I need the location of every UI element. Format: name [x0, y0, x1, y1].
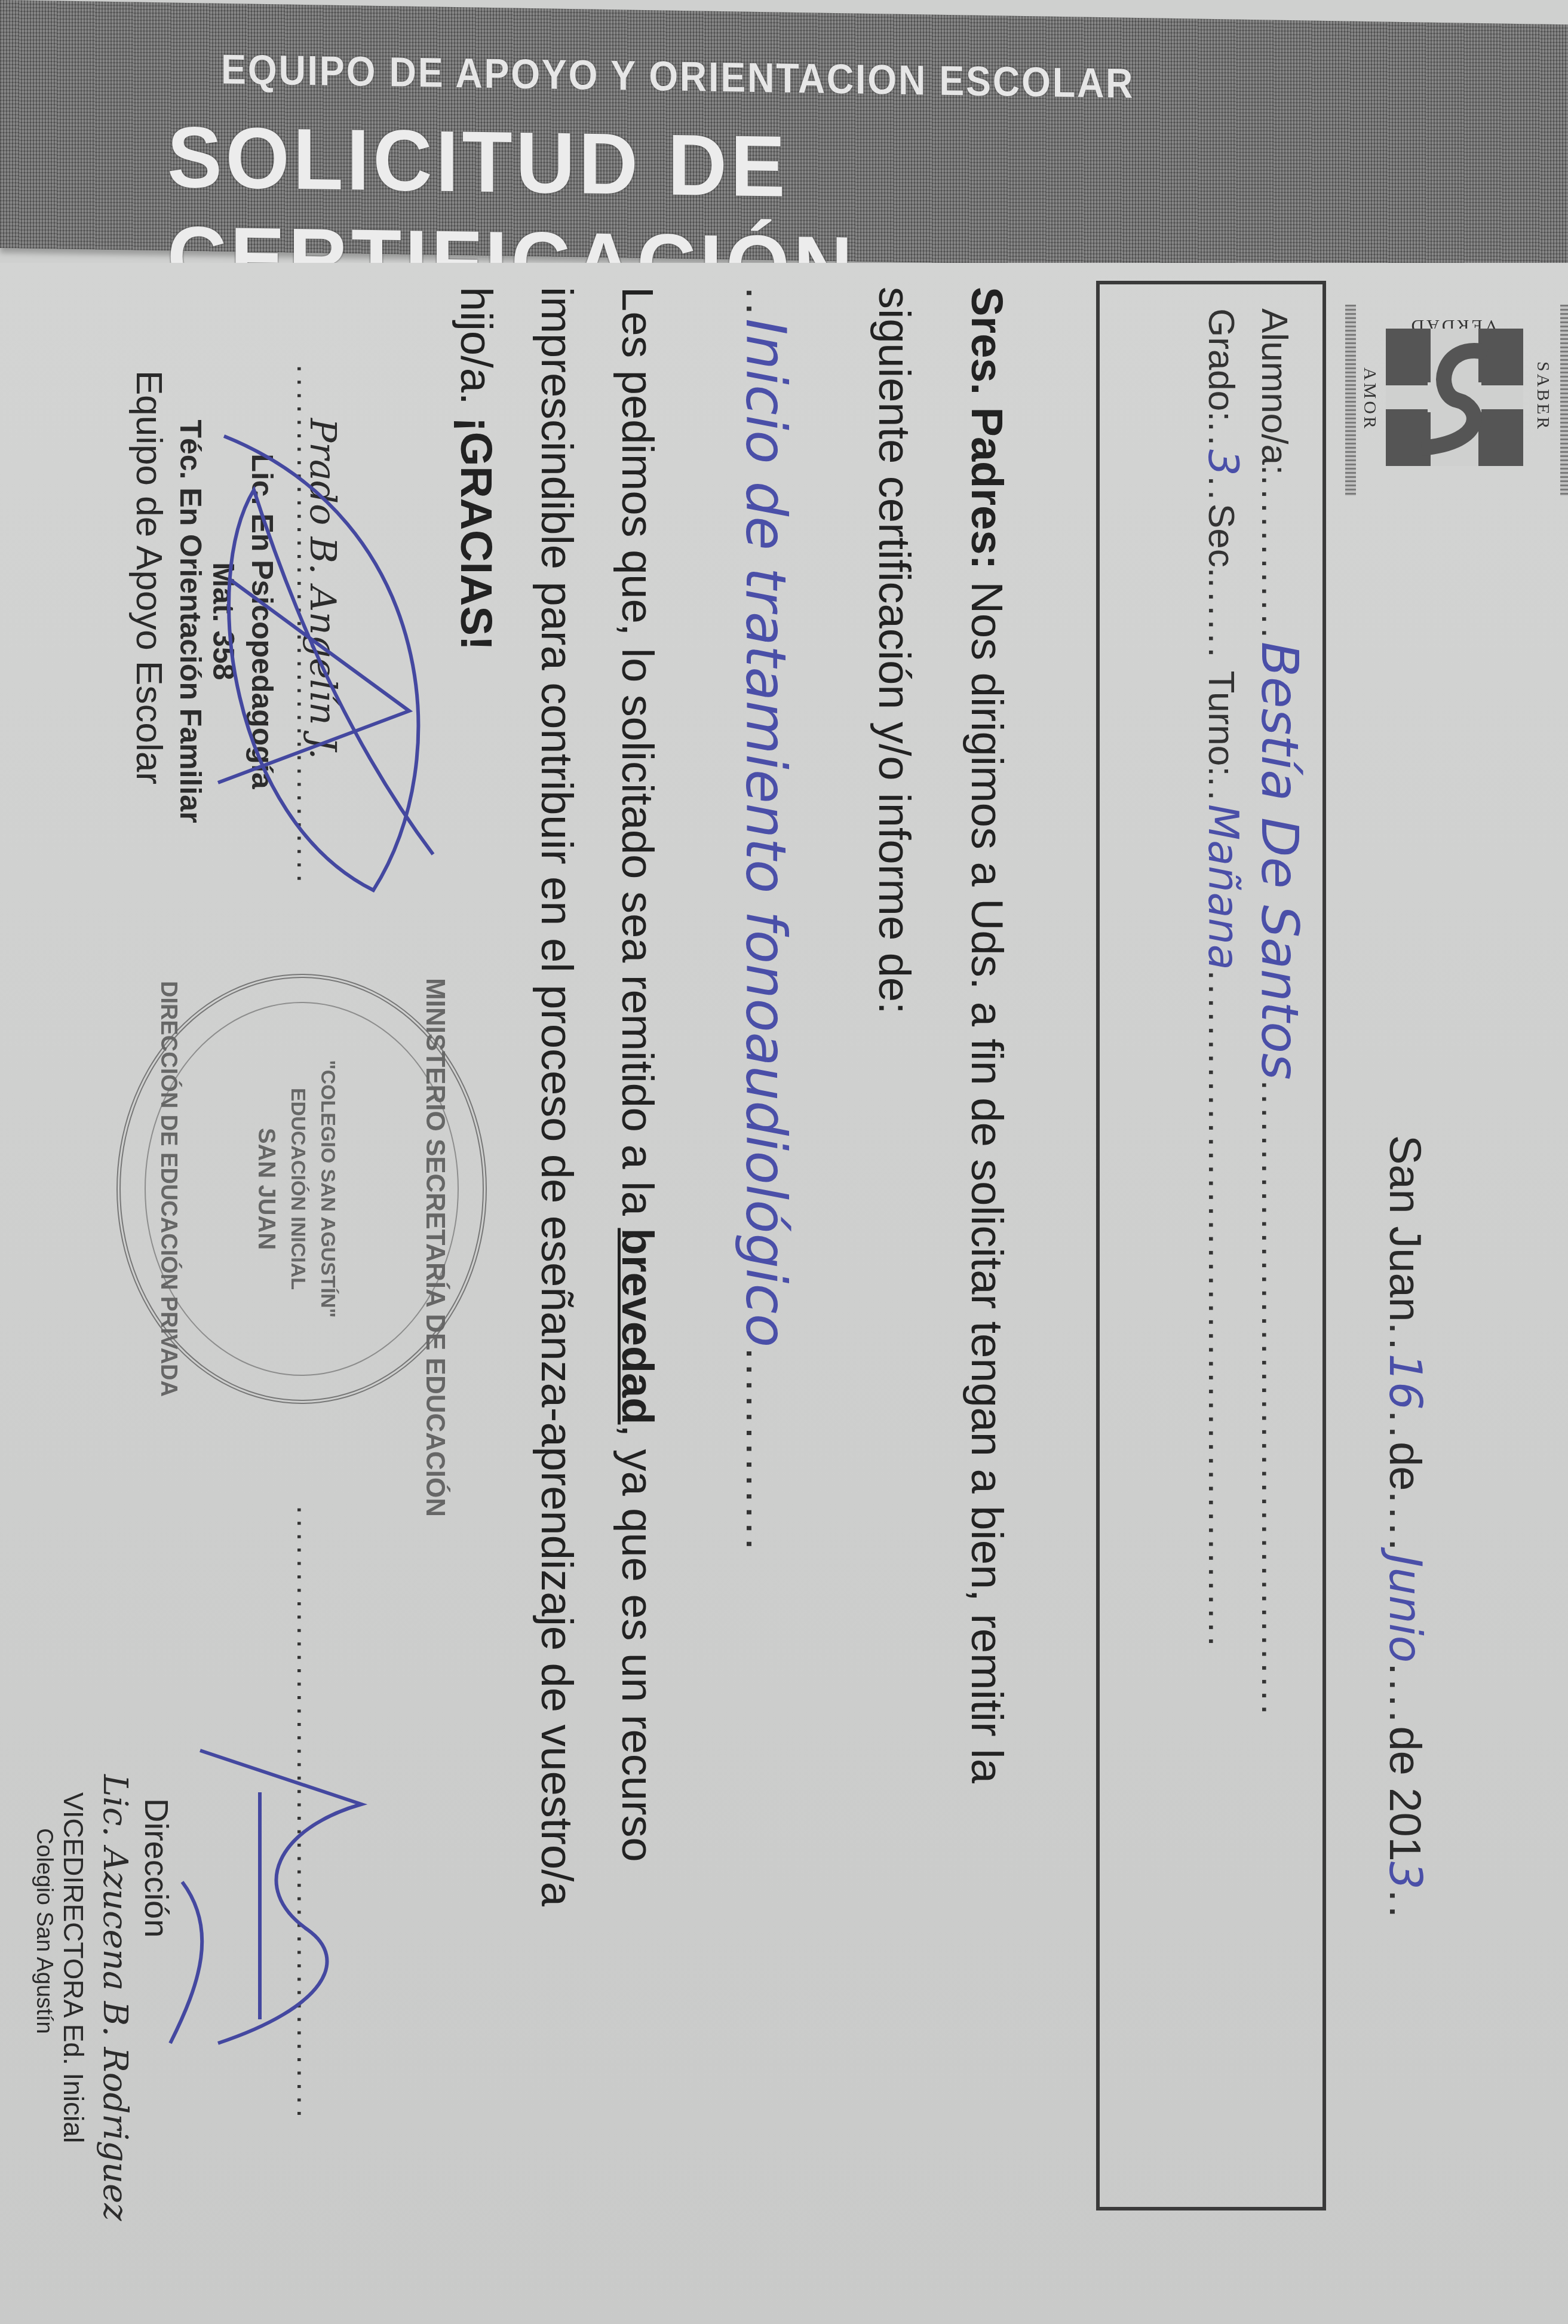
body-line-5: hijo/a. ¡GRACIAS! — [451, 287, 502, 651]
date-line: San Juan..16..de....Junio....de 2013.. — [1379, 1135, 1431, 1921]
body-line-2: siguiente certificación y/o informe de: — [869, 287, 920, 1014]
signature-dots: ........................................… — [290, 1506, 326, 2123]
grade-label: Grado: — [1201, 308, 1242, 422]
greeting: Sres. Padres: — [962, 287, 1012, 569]
dot-leader: .... — [1380, 1663, 1430, 1726]
dot-leader: .. — [1380, 1322, 1430, 1354]
body-line-4: imprescindible para contribuir en el pro… — [532, 287, 582, 1906]
dot-leader: .. — [1201, 422, 1242, 449]
signature-right-title: VICEDIRECTORA Ed. Inicial — [57, 1792, 90, 2143]
official-seal: MINISTERIO SECRETARÍA DE EDUCACIÓN "COLE… — [116, 974, 487, 1404]
dot-leader: ........................................… — [1201, 970, 1242, 1650]
place-label: San Juan — [1380, 1135, 1430, 1322]
section-label: Sec. — [1201, 504, 1242, 578]
body-text: Les pedimos que, lo solicitado sea remit… — [613, 287, 662, 1228]
dot-leader: .. — [1380, 1410, 1430, 1442]
requested-item-row: ..Inicio de tratamiento fonoaudiológico.… — [734, 287, 797, 1554]
signature-scribble-icon — [158, 1733, 397, 2067]
date-day[interactable]: 16 — [1379, 1354, 1431, 1410]
de-label: de — [1380, 1442, 1430, 1491]
grade-field[interactable]: 3 — [1199, 449, 1248, 476]
student-row: Alumno/a:............Bestía De Santos...… — [1250, 308, 1309, 1718]
seal-center-2: EDUCACIÓN INICIAL — [286, 978, 309, 1400]
signature-left-role: Equipo de Apoyo Escolar — [128, 370, 170, 784]
dot-leader: .... — [1380, 1491, 1430, 1554]
stamp-title-1: Lic. En Psicopedagogía — [244, 364, 281, 878]
logo-rule-bottom — [1345, 305, 1356, 496]
year-handwritten[interactable]: 3 — [1379, 1862, 1431, 1890]
de-label: de — [1380, 1726, 1430, 1775]
document-page: SABER VERDAD AMOR San Juan..16..de....Ju… — [0, 263, 1568, 2324]
stamp-name: Prado B. Angelín J. — [302, 418, 343, 759]
student-name-field[interactable]: Bestía De Santos — [1250, 642, 1309, 1080]
logo-text-amor: AMOR — [1360, 367, 1380, 431]
student-info-box: Alumno/a:............Bestía De Santos...… — [1096, 281, 1326, 2210]
signature-right-institution: Colegio San Agustín — [31, 1828, 57, 2034]
seal-center-3: SAN JUAN — [253, 978, 280, 1400]
body-line-1: Sres. Padres: Nos dirigimos a Uds. a fin… — [962, 287, 1012, 1783]
body-line-3: Les pedimos que, lo solicitado sea remit… — [612, 287, 663, 1862]
section-field: ...... — [1201, 578, 1242, 661]
banner-subtitle: EQUIPO DE APOYO Y ORIENTACION ESCOLAR — [221, 45, 1242, 109]
dot-leader: .. — [1201, 776, 1242, 804]
school-logo: SABER VERDAD AMOR — [1350, 287, 1553, 502]
date-month[interactable]: Junio — [1379, 1555, 1431, 1663]
logo-rule-top — [1560, 305, 1568, 496]
emphasis-brevedad: brevedad — [613, 1228, 662, 1424]
signature-right-name: Lic. Azucena B. Rodriguez — [96, 1774, 134, 2221]
seal-outer-top: MINISTERIO SECRETARÍA DE EDUCACIÓN — [420, 978, 450, 1400]
stamp-title-3: Téc. En Orientación Familiar — [172, 364, 209, 878]
signature-left: ....................................... … — [290, 364, 326, 992]
seal-center-1: "COLEGIO SAN AGUSTÍN" — [316, 978, 339, 1400]
thanks: ¡GRACIAS! — [452, 417, 501, 651]
stamp-title-2: Mat. 358 — [205, 364, 242, 878]
grade-row: Grado:..3..Sec....... Turno:..Mañana....… — [1199, 308, 1248, 1650]
header-banner: EQUIPO DE APOYO Y ORIENTACION ESCOLAR SO… — [0, 0, 1568, 272]
dot-leader: ........................................… — [1254, 1080, 1295, 1718]
seal-outer-bottom: DIRECCIÓN DE EDUCACIÓN PRIVADA — [155, 978, 181, 1400]
dot-leader: ............. — [737, 1347, 787, 1553]
shift-field[interactable]: Mañana — [1199, 804, 1248, 970]
student-label: Alumno/a: — [1254, 308, 1295, 475]
year-printed: 201 — [1380, 1788, 1430, 1861]
dot-leader: .. — [1380, 1890, 1430, 1921]
body-text: Nos dirigimos a Uds. a fin de solicitar … — [962, 569, 1012, 1783]
logo-text-saber: SABER — [1533, 361, 1553, 431]
shift-label: Turno: — [1201, 671, 1242, 777]
body-text: hijo/a. — [452, 287, 501, 417]
signature-right-role: Dirección — [137, 1798, 176, 1937]
dot-leader: .. — [737, 287, 787, 318]
requested-item-field[interactable]: Inicio de tratamiento fonoaudiológico — [734, 318, 797, 1347]
emblem-icon — [1386, 329, 1523, 466]
body-text: , ya que es un recurso — [613, 1424, 662, 1862]
dot-leader: ............ — [1254, 475, 1295, 642]
dot-leader: .. — [1201, 476, 1242, 504]
